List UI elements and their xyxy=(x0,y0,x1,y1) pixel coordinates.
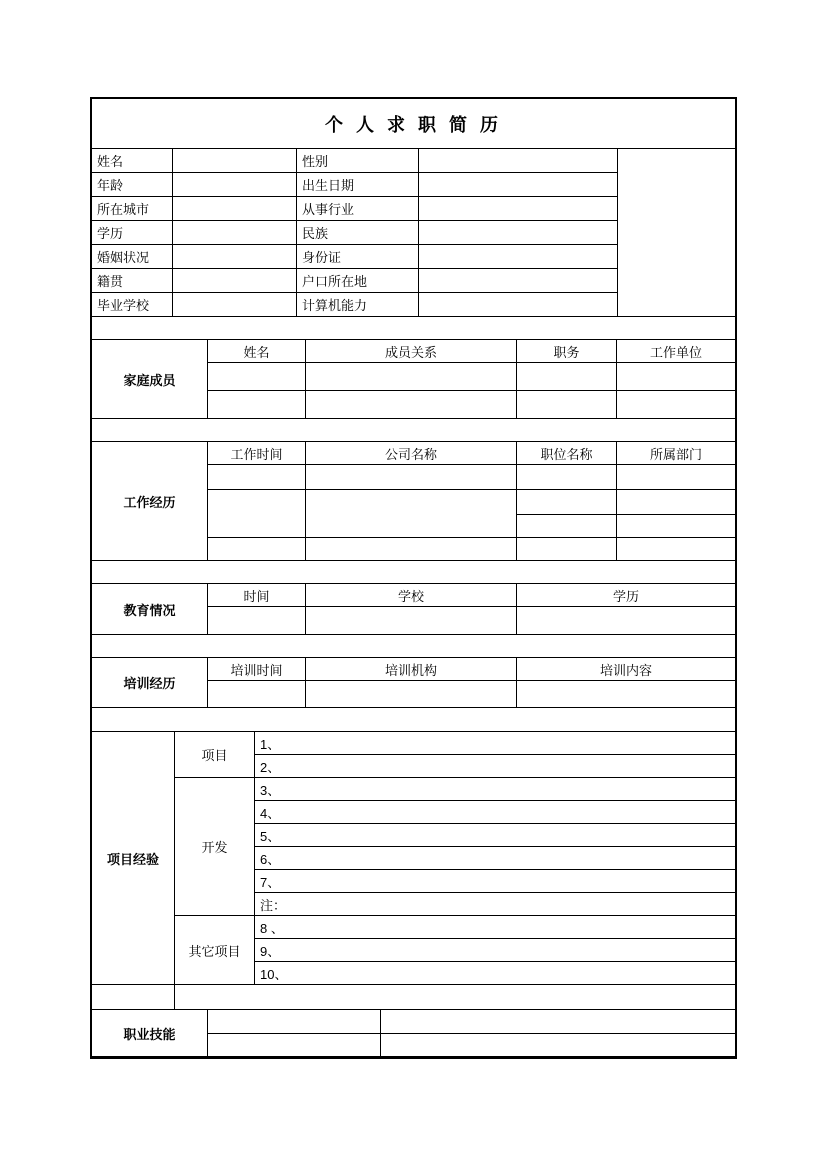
project-input-cell[interactable]: 9、 xyxy=(255,939,735,961)
personal-info-table: 姓名 性别 年龄 出生日期 所在城市 从事行业 学历 民族 婚姻状况 身份证 籍… xyxy=(92,149,735,317)
training-table: 培训经历 培训时间 培训机构 培训内容 xyxy=(92,657,735,708)
work-input-cell[interactable] xyxy=(517,515,616,537)
skills-input-cell[interactable] xyxy=(208,1034,380,1056)
work-header-cell: 公司名称 xyxy=(306,442,516,464)
family-input-cell[interactable] xyxy=(617,363,735,390)
training-header-cell: 培训机构 xyxy=(306,658,516,680)
skills-input-cell[interactable] xyxy=(381,1010,735,1033)
education-table: 教育情况 时间 学校 学历 xyxy=(92,583,735,635)
project-table: 项目经验 项目 开发 其它项目 1、 2、 3、 4、 5、 6、 7、 注： … xyxy=(92,731,735,985)
skills-table: 职业技能 xyxy=(92,1009,735,1057)
personal-field-label: 年龄 xyxy=(92,173,172,196)
work-table: 工作经历 工作时间 公司名称 职位名称 所属部门 xyxy=(92,441,735,561)
personal-field-input-cell[interactable] xyxy=(173,293,296,316)
family-input-cell[interactable] xyxy=(306,363,516,390)
project-input-cell[interactable]: 8 、 xyxy=(255,916,735,938)
education-header-cell: 学校 xyxy=(306,584,516,606)
section-label-training: 培训经历 xyxy=(92,658,207,707)
education-input-cell[interactable] xyxy=(517,607,735,634)
project-input-cell[interactable]: 注： xyxy=(255,893,735,915)
personal-field-label: 籍贯 xyxy=(92,269,172,292)
family-header-cell: 姓名 xyxy=(208,340,305,362)
personal-field-input-cell[interactable] xyxy=(173,221,296,244)
family-table: 家庭成员 姓名 成员关系 职务 工作单位 xyxy=(92,339,735,419)
work-input-cell[interactable] xyxy=(617,538,735,560)
family-header-cell: 职务 xyxy=(517,340,616,362)
personal-field-label: 姓名 xyxy=(92,149,172,172)
personal-field-label: 户口所在地 xyxy=(297,269,418,292)
personal-field-input-cell[interactable] xyxy=(173,149,296,172)
training-input-cell[interactable] xyxy=(306,681,516,707)
personal-field-input-cell[interactable] xyxy=(173,197,296,220)
education-input-cell[interactable] xyxy=(208,607,305,634)
personal-field-label: 所在城市 xyxy=(92,197,172,220)
personal-field-label: 学历 xyxy=(92,221,172,244)
personal-field-input-cell[interactable] xyxy=(419,221,617,244)
personal-field-input-cell[interactable] xyxy=(173,173,296,196)
project-group-label: 其它项目 xyxy=(175,916,254,984)
personal-field-label: 从事行业 xyxy=(297,197,418,220)
project-input-cell[interactable]: 2、 xyxy=(255,755,735,777)
project-input-cell[interactable]: 6、 xyxy=(255,847,735,869)
family-input-cell[interactable] xyxy=(617,391,735,418)
family-input-cell[interactable] xyxy=(306,391,516,418)
family-input-cell[interactable] xyxy=(208,363,305,390)
work-input-cell[interactable] xyxy=(617,490,735,514)
section-gap xyxy=(92,317,735,339)
personal-field-label: 毕业学校 xyxy=(92,293,172,316)
personal-field-label: 出生日期 xyxy=(297,173,418,196)
education-header-cell: 学历 xyxy=(517,584,735,606)
section-gap xyxy=(92,635,735,657)
work-input-cell[interactable] xyxy=(517,465,616,489)
section-label-family: 家庭成员 xyxy=(92,340,207,418)
work-input-cell[interactable] xyxy=(306,538,516,560)
work-input-cell[interactable] xyxy=(517,538,616,560)
personal-field-label: 民族 xyxy=(297,221,418,244)
project-input-cell[interactable]: 3、 xyxy=(255,778,735,800)
training-input-cell[interactable] xyxy=(208,681,305,707)
work-header-cell: 工作时间 xyxy=(208,442,305,464)
document-page: 个 人 求 职 简 历 姓名 性别 年龄 出生日期 所在城市 从事行业 学历 民… xyxy=(0,0,827,1170)
personal-field-input-cell[interactable] xyxy=(173,245,296,268)
work-input-cell[interactable] xyxy=(617,515,735,537)
work-input-cell[interactable] xyxy=(306,490,516,537)
section-gap xyxy=(92,419,735,441)
work-input-cell[interactable] xyxy=(208,465,305,489)
section-gap xyxy=(92,561,735,583)
skills-input-cell[interactable] xyxy=(208,1010,380,1033)
training-header-cell: 培训内容 xyxy=(517,658,735,680)
project-input-cell[interactable]: 7、 xyxy=(255,870,735,892)
project-input-cell[interactable]: 5、 xyxy=(255,824,735,846)
resume-form: 个 人 求 职 简 历 姓名 性别 年龄 出生日期 所在城市 从事行业 学历 民… xyxy=(90,97,737,1059)
project-group-label: 开发 xyxy=(175,778,254,915)
education-header-cell: 时间 xyxy=(208,584,305,606)
section-gap xyxy=(92,708,735,731)
personal-field-input-cell[interactable] xyxy=(419,149,617,172)
family-input-cell[interactable] xyxy=(208,391,305,418)
family-header-cell: 工作单位 xyxy=(617,340,735,362)
project-group-label: 项目 xyxy=(175,732,254,777)
project-input-cell[interactable]: 10、 xyxy=(255,962,735,984)
section-label-work: 工作经历 xyxy=(92,442,207,560)
gap-left-cell xyxy=(92,985,175,1009)
training-input-cell[interactable] xyxy=(517,681,735,707)
section-gap xyxy=(92,985,735,1009)
document-title: 个 人 求 职 简 历 xyxy=(92,99,735,149)
personal-field-input-cell[interactable] xyxy=(419,293,617,316)
personal-field-label: 性别 xyxy=(297,149,418,172)
training-header-cell: 培训时间 xyxy=(208,658,305,680)
work-header-cell: 所属部门 xyxy=(617,442,735,464)
personal-field-input-cell[interactable] xyxy=(173,269,296,292)
project-input-cell[interactable]: 1、 xyxy=(255,732,735,754)
work-input-cell[interactable] xyxy=(517,490,616,514)
work-input-cell[interactable] xyxy=(617,465,735,489)
personal-field-label: 婚姻状况 xyxy=(92,245,172,268)
family-header-cell: 成员关系 xyxy=(306,340,516,362)
personal-field-input-cell[interactable] xyxy=(419,245,617,268)
family-input-cell[interactable] xyxy=(517,363,616,390)
personal-field-input-cell[interactable] xyxy=(419,197,617,220)
education-input-cell[interactable] xyxy=(306,607,516,634)
personal-field-input-cell[interactable] xyxy=(419,269,617,292)
work-header-cell: 职位名称 xyxy=(517,442,616,464)
personal-field-label: 计算机能力 xyxy=(297,293,418,316)
section-label-education: 教育情况 xyxy=(92,584,207,634)
personal-field-label: 身份证 xyxy=(297,245,418,268)
project-input-cell[interactable]: 4、 xyxy=(255,801,735,823)
work-input-cell[interactable] xyxy=(208,538,305,560)
photo-cell[interactable] xyxy=(618,149,735,316)
skills-input-cell[interactable] xyxy=(381,1034,735,1056)
section-label-skills: 职业技能 xyxy=(92,1010,207,1056)
work-input-cell[interactable] xyxy=(306,465,516,489)
family-input-cell[interactable] xyxy=(517,391,616,418)
section-label-project: 项目经验 xyxy=(92,732,174,984)
work-input-cell[interactable] xyxy=(208,490,305,537)
personal-field-input-cell[interactable] xyxy=(419,173,617,196)
